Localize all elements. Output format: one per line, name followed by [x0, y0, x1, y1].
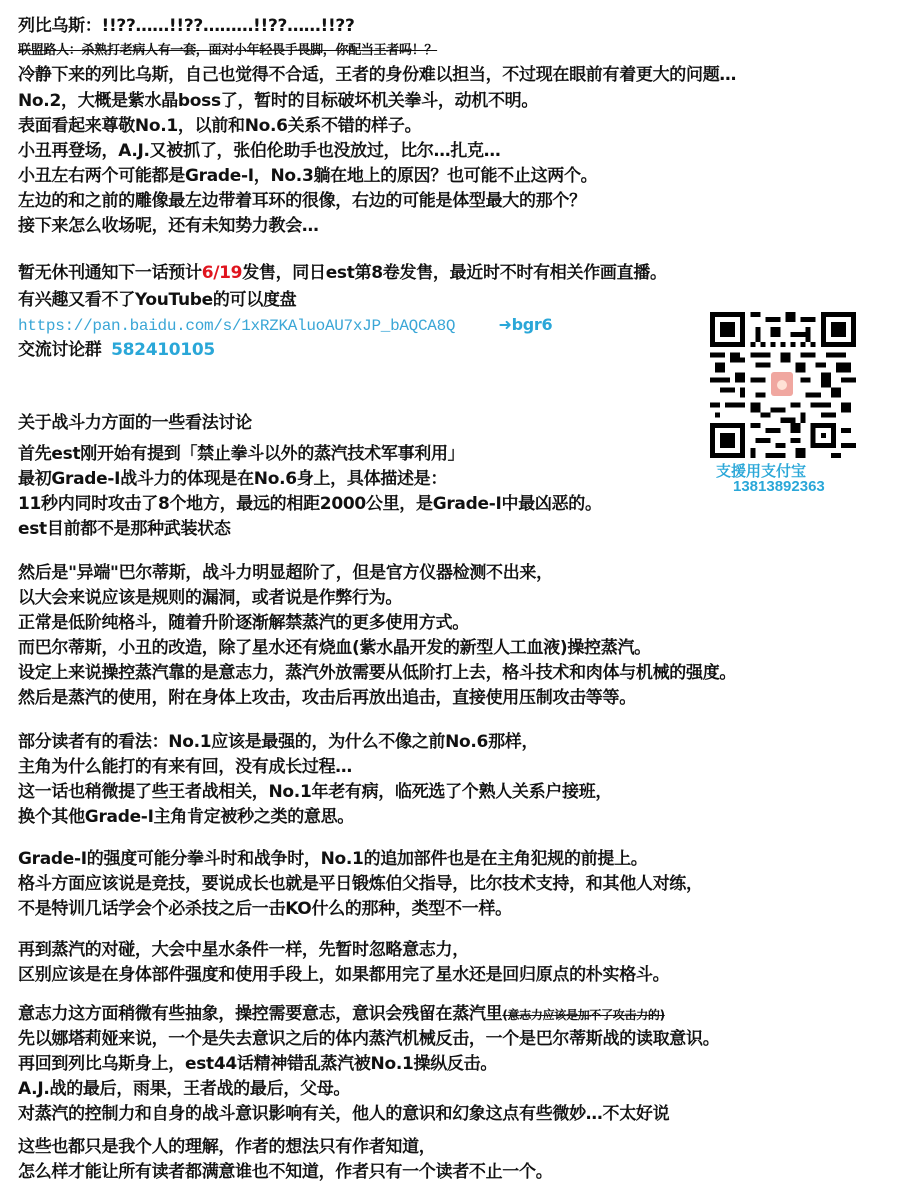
intro-line: 小丑再登场，A.J.又被抓了，张伯伦助手也没放过，比尔…扎克… — [18, 140, 500, 162]
para-line: 首先est刚开始有提到「禁止拳斗以外的蒸汽技术军事利用」 — [18, 443, 464, 465]
release-notice-suffix: 发售，同日est第8卷发售，最近时不时有相关作画直播。 — [242, 263, 667, 283]
intro-line: 表面看起来尊敬No.1，以前和No.6关系不错的样子。 — [18, 115, 421, 137]
intro-line: 左边的和之前的雕像最左边带着耳环的很像，右边的可能是体型最大的那个？ — [18, 190, 586, 212]
qr-image — [710, 312, 856, 458]
group-label: 交流讨论群 — [18, 340, 102, 360]
will-line: 对蒸汽的控制力和自身的战斗意识影响有关，他人的意识和幻象这点有些微妙…不太好说 — [18, 1103, 669, 1125]
para-line: 这一话也稍微提了些王者战相关，No.1年老有病，临死选了个熟人关系户接班， — [18, 781, 612, 803]
para-line: 而巴尔蒂斯，小丑的改造，除了星水还有烧血(紫水晶开发的新型人工血液)操控蒸汽。 — [18, 637, 651, 659]
will-first-line: 意志力这方面稍微有些抽象，操控需要意志，意识会残留在蒸汽里(意志力应该是加不了攻… — [18, 1003, 665, 1026]
para-line: 换个其他Grade-Ⅰ主角肯定被秒之类的意思。 — [18, 806, 354, 828]
baidu-pan-link[interactable]: https://pan.baidu.com/s/1xRZKAluoAU7xJP_… — [18, 317, 455, 335]
para-line: 最初Grade-Ⅰ战斗力的体现是在No.6身上，具体描述是： — [18, 468, 447, 490]
para-line: 然后是蒸汽的使用，附在身体上攻击，攻击后再放出追击，直接使用压制攻击等等。 — [18, 687, 636, 709]
will-line: 再回到列比乌斯身上，est44话精神错乱蒸汽被No.1操纵反击。 — [18, 1053, 497, 1075]
discussion-title: 关于战斗力方面的一些看法讨论 — [18, 412, 252, 434]
para-line: 区别应该是在身体部件强度和使用手段上，如果都用完了星水还是回归原点的朴实格斗。 — [18, 964, 669, 986]
para-line: 格斗方面应该说是竞技，要说成长也就是平日锻炼伯父指导，比尔技术支持，和其他人对练… — [18, 873, 703, 895]
group-row: 交流讨论群 582410105 — [18, 339, 215, 361]
release-notice: 暂无休刊通知下一话预计6/19发售，同日est第8卷发售，最近时不时有相关作画直… — [18, 262, 667, 284]
para-line: 以大会来说应该是规则的漏洞，或者说是作弊行为。 — [18, 587, 402, 609]
closing-line: 这些也都只是我个人的理解，作者的想法只有作者知道， — [18, 1136, 436, 1158]
pan-label: 有兴趣又看不了YouTube的可以度盘 — [18, 289, 296, 311]
intro-line: 冷静下来的列比乌斯，自己也觉得不合适，王者的身份难以担当，不过现在眼前有着更大的… — [18, 64, 736, 86]
para-line: est目前都不是那种武装状态 — [18, 518, 231, 540]
intro-line: No.2，大概是紫水晶boss了，暂时的目标破坏机关拳斗，动机不明。 — [18, 90, 538, 112]
will-first-main: 意志力这方面稍微有些抽象，操控需要意志，意识会残留在蒸汽里 — [18, 1004, 502, 1024]
para-line: 不是特训几话学会个必杀技之后一击KO什么的那种，类型不一样。 — [18, 898, 512, 920]
para-line: 再到蒸汽的对碰，大会中星水条件一样，先暂时忽略意志力， — [18, 939, 469, 961]
group-number: 582410105 — [111, 340, 215, 360]
header-line-struck: 联盟路人：杀熟打老病人有一套，面对小年轻畏手畏脚，你配当王者吗！？ — [18, 40, 437, 62]
pan-link-row: https://pan.baidu.com/s/1xRZKAluoAU7xJP_… — [18, 314, 552, 337]
intro-line: 接下来怎么收场呢，还有未知势力教会… — [18, 215, 319, 237]
release-notice-prefix: 暂无休刊通知下一话预计 — [18, 263, 202, 283]
will-line: A.J.战的最后，雨果，王者战的最后，父母。 — [18, 1078, 350, 1100]
header-line-exclaim: 列比乌斯：!!??……!!??………!!??……!!?? — [18, 15, 355, 37]
para-line: 设定上来说操控蒸汽靠的是意志力，蒸汽外放需要从低阶打上去，格斗技术和肉体与机械的… — [18, 662, 736, 684]
release-date: 6/19 — [202, 263, 243, 283]
para-line: 然后是"异端"巴尔蒂斯，战斗力明显超阶了，但是官方仪器检测不出来， — [18, 562, 553, 584]
para-line: 部分读者有的看法：No.1应该是最强的，为什么不像之前No.6那样， — [18, 731, 538, 753]
qr-caption-number: 13813892363 — [733, 478, 825, 495]
para-line: 主角为什么能打的有来有回，没有成长过程… — [18, 756, 352, 778]
intro-line: 小丑左右两个可能都是Grade-Ⅰ，No.3躺在地上的原因？也可能不止这两个。 — [18, 165, 597, 187]
closing-line: 怎么样才能让所有读者都满意谁也不知道，作者只有一个读者不止一个。 — [18, 1161, 552, 1183]
will-line: 先以娜塔莉娅来说，一个是失去意识之后的体内蒸汽机械反击，一个是巴尔蒂斯战的读取意… — [18, 1028, 719, 1050]
alipay-qr-code — [710, 312, 858, 458]
pan-extract-code: ➜bgr6 — [498, 315, 552, 334]
para-line: 正常是低阶纯格斗，随着升阶逐渐解禁蒸汽的更多使用方式。 — [18, 612, 469, 634]
para-line: Grade-Ⅰ的强度可能分拳斗时和战争时，No.1的追加部件也是在主角犯规的前提… — [18, 848, 647, 870]
para-line: 11秒内同时攻击了8个地方，最远的相距2000公里，是Grade-Ⅰ中最凶恶的。 — [18, 493, 602, 515]
will-struck-note: (意志力应该是加不了攻击力的) — [502, 1008, 664, 1022]
qr-avatar-icon — [771, 372, 793, 396]
